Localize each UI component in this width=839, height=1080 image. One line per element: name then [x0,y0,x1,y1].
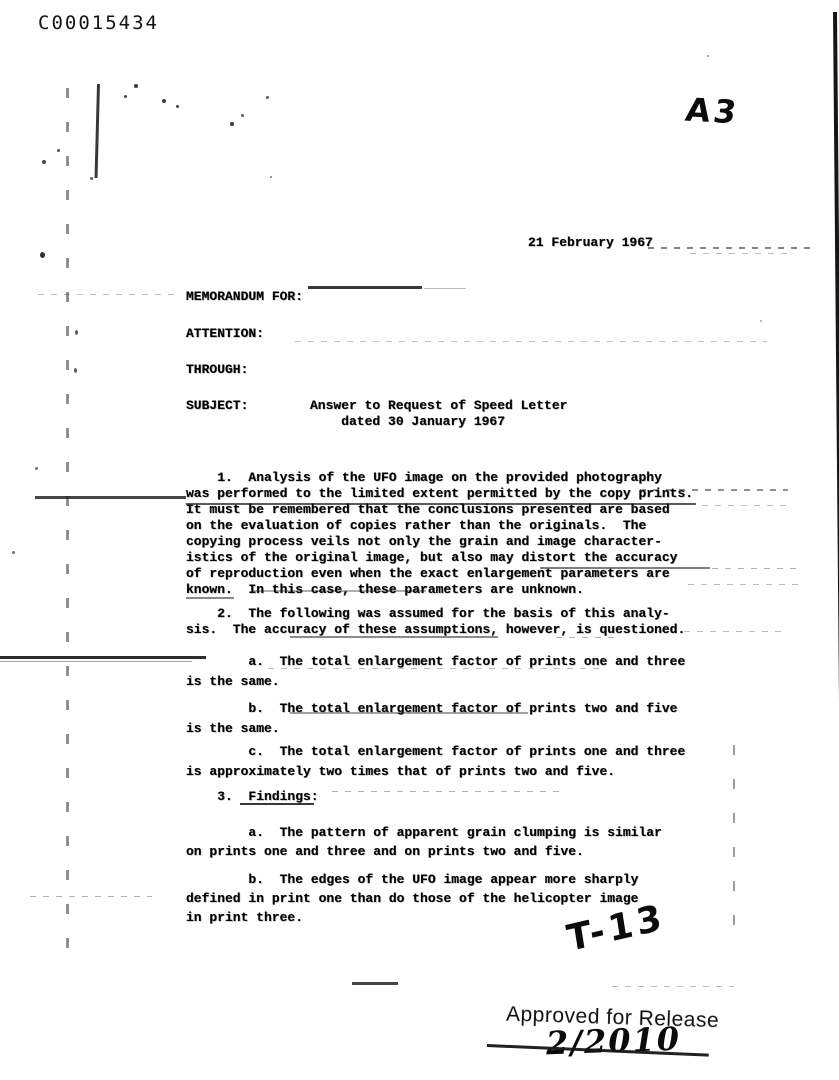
scan-line-artifact [35,496,186,499]
ink-smudge-dot [176,105,179,108]
ink-smudge-dot [42,160,46,164]
handwritten-page-annotation: A3 [683,91,742,132]
ink-smudge-dot [134,84,138,88]
typed-line: c. The total enlargement factor of print… [186,742,685,762]
ink-smudge-dot [707,55,709,57]
scan-line-artifact [648,247,812,249]
typed-line: b. The edges of the UFO image appear mor… [186,870,638,889]
scan-line-artifact [66,88,69,956]
typed-line: of reproduction even when the exact enla… [186,566,693,582]
scan-line-artifact [424,288,466,289]
typed-line: a. The pattern of apparent grain clumpin… [186,823,662,842]
typed-line: 2. The following was assumed for the bas… [186,606,685,622]
ink-smudge-dot [35,467,38,470]
scan-line-artifact [95,84,100,178]
document-id: C00015434 [38,12,159,34]
typed-line: known. In this case, these parameters ar… [186,582,693,598]
findings-heading: 3. Findings: [186,789,319,805]
scan-line-artifact [332,791,564,792]
typed-line: b. The total enlargement factor of print… [186,699,677,719]
subject-text: Answer to Request of Speed Letter dated … [310,398,567,430]
scan-line-artifact [0,661,192,662]
ink-smudge-dot [162,99,166,103]
attention-label: ATTENTION: [186,326,264,342]
scan-line-artifact [612,986,734,987]
through-label: THROUGH: [186,362,248,378]
typed-line: is the same. [186,719,677,739]
finding-a: a. The pattern of apparent grain clumpin… [186,823,662,861]
scan-line-artifact [0,656,206,659]
typed-line: Answer to Request of Speed Letter [310,398,567,414]
typed-line: a. The total enlargement factor of print… [186,652,685,672]
ink-smudge-dot [74,368,77,373]
ink-smudge-dot [75,330,78,335]
typed-line: is the same. [186,672,685,692]
ink-smudge-dot [40,252,45,258]
scan-line-artifact [702,505,790,506]
scan-line-artifact [308,286,422,289]
scanned-memo-page: C00015434 A3 21 February 1967 MEMORANDUM… [0,0,839,1080]
typed-line: on prints one and three and on prints tw… [186,842,662,861]
typed-line: defined in print one than do those of th… [186,889,638,908]
scan-line-artifact [295,341,767,342]
scan-line-artifact [712,568,797,569]
assumption-b: b. The total enlargement factor of print… [186,699,677,739]
typed-line: copying process veils not only the grain… [186,534,693,550]
handwritten-release-date: 2/2010 [545,1020,681,1063]
ink-smudge-dot [12,551,15,554]
scan-line-artifact [733,745,735,937]
ink-smudge-dot [230,122,234,126]
typed-line: istics of the original image, but also m… [186,550,693,566]
ink-smudge-dot [124,95,127,98]
subject-label: SUBJECT: [186,398,248,414]
memorandum-for-label: MEMORANDUM FOR: [186,289,303,305]
typed-line: was performed to the limited extent perm… [186,486,693,502]
ink-smudge-dot [241,114,244,117]
ink-smudge-dot [57,149,60,152]
ink-smudge-dot [270,176,272,178]
ink-smudge-dot [760,320,762,322]
typed-line: is approximately two times that of print… [186,762,685,782]
scan-line-artifact [30,896,152,897]
scan-line-artifact [38,294,178,295]
assumption-a: a. The total enlargement factor of print… [186,652,685,692]
scan-line-artifact [833,12,839,1080]
ink-smudge-dot [266,96,269,99]
paragraph-2: 2. The following was assumed for the bas… [186,606,685,638]
paragraph-1: 1. Analysis of the UFO image on the prov… [186,470,693,598]
typed-line: It must be remembered that the conclusio… [186,502,693,518]
typed-line: sis. The accuracy of these assumptions, … [186,622,685,638]
typed-line: 1. Analysis of the UFO image on the prov… [186,470,693,486]
typed-line: on the evaluation of copies rather than … [186,518,693,534]
assumption-c: c. The total enlargement factor of print… [186,742,685,782]
scan-line-artifact [688,584,800,585]
memo-date: 21 February 1967 [528,235,653,251]
scan-line-artifact [690,253,790,254]
scan-line-artifact [352,982,398,985]
typed-line: dated 30 January 1967 [310,414,567,430]
subject-block: SUBJECT: Answer to Request of Speed Lett… [186,398,666,438]
ink-smudge-dot [90,177,93,180]
